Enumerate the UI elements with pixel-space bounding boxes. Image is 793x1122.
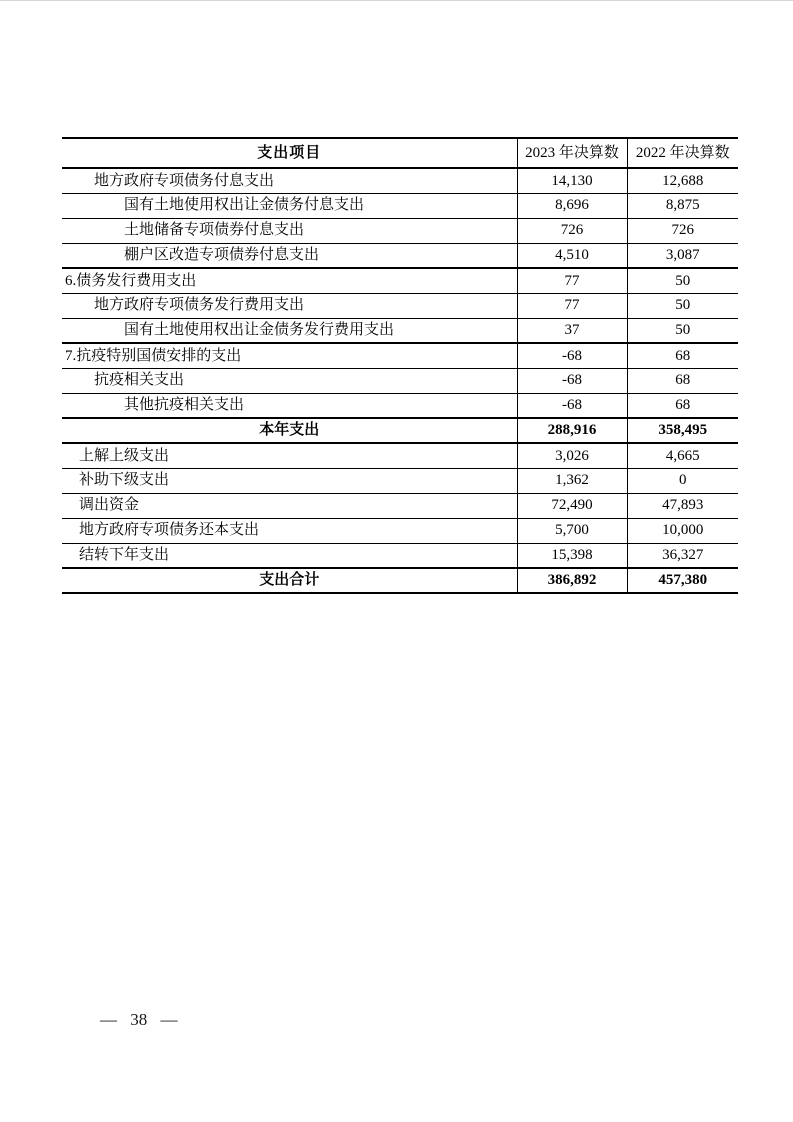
value-2023: 3,026 <box>517 443 627 468</box>
table-row: 补助下级支出1,3620 <box>62 468 738 493</box>
value-2022: 726 <box>627 218 738 243</box>
table-row: 其他抗疫相关支出-6868 <box>62 393 738 418</box>
table-row: 调出资金72,49047,893 <box>62 493 738 518</box>
expenditure-item-label: 6.债务发行费用支出 <box>62 268 517 293</box>
value-2022: 3,087 <box>627 243 738 268</box>
document-page: 支出项目 2023 年决算数 2022 年决算数 地方政府专项债务付息支出14,… <box>0 0 793 1122</box>
value-2022: 68 <box>627 368 738 393</box>
column-header-2023-final-accounts: 2023 年决算数 <box>517 138 627 168</box>
value-2023: 77 <box>517 293 627 318</box>
value-2023: 1,362 <box>517 468 627 493</box>
table-row: 地方政府专项债务付息支出14,13012,688 <box>62 168 738 193</box>
value-2023: 15,398 <box>517 543 627 568</box>
value-2022: 457,380 <box>627 568 738 593</box>
expenditure-table: 支出项目 2023 年决算数 2022 年决算数 地方政府专项债务付息支出14,… <box>62 137 738 594</box>
value-2022: 36,327 <box>627 543 738 568</box>
value-2023: 4,510 <box>517 243 627 268</box>
value-2022: 0 <box>627 468 738 493</box>
value-2022: 47,893 <box>627 493 738 518</box>
value-2022: 10,000 <box>627 518 738 543</box>
expenditure-item-label: 棚户区改造专项债券付息支出 <box>62 243 517 268</box>
value-2023: -68 <box>517 368 627 393</box>
value-2023: 726 <box>517 218 627 243</box>
expenditure-item-label: 国有土地使用权出让金债务发行费用支出 <box>62 318 517 343</box>
value-2023: -68 <box>517 393 627 418</box>
expenditure-item-label: 上解上级支出 <box>62 443 517 468</box>
expenditure-item-label: 其他抗疫相关支出 <box>62 393 517 418</box>
table-row: 国有土地使用权出让金债务付息支出8,6968,875 <box>62 193 738 218</box>
table-row: 结转下年支出15,39836,327 <box>62 543 738 568</box>
table-header-row: 支出项目 2023 年决算数 2022 年决算数 <box>62 138 738 168</box>
value-2023: -68 <box>517 343 627 368</box>
value-2022: 50 <box>627 268 738 293</box>
expenditure-item-label: 支出合计 <box>62 568 517 593</box>
expenditure-item-label: 地方政府专项债务付息支出 <box>62 168 517 193</box>
value-2023: 14,130 <box>517 168 627 193</box>
column-header-2022-final-accounts: 2022 年决算数 <box>627 138 738 168</box>
table-row: 6.债务发行费用支出7750 <box>62 268 738 293</box>
page-number: — 38 — <box>100 1010 178 1030</box>
value-2023: 37 <box>517 318 627 343</box>
value-2022: 68 <box>627 393 738 418</box>
value-2023: 5,700 <box>517 518 627 543</box>
value-2022: 358,495 <box>627 418 738 443</box>
expenditure-item-label: 7.抗疫特别国债安排的支出 <box>62 343 517 368</box>
expenditure-item-label: 结转下年支出 <box>62 543 517 568</box>
page-top-edge <box>0 0 793 1</box>
table-row: 土地储备专项债券付息支出726726 <box>62 218 738 243</box>
expenditure-item-label: 地方政府专项债务发行费用支出 <box>62 293 517 318</box>
expenditure-item-label: 国有土地使用权出让金债务付息支出 <box>62 193 517 218</box>
table-body: 地方政府专项债务付息支出14,13012,688国有土地使用权出让金债务付息支出… <box>62 168 738 593</box>
value-2022: 50 <box>627 293 738 318</box>
table-row: 国有土地使用权出让金债务发行费用支出3750 <box>62 318 738 343</box>
value-2022: 4,665 <box>627 443 738 468</box>
expenditure-item-label: 补助下级支出 <box>62 468 517 493</box>
table-row: 上解上级支出3,0264,665 <box>62 443 738 468</box>
table-row: 棚户区改造专项债券付息支出4,5103,087 <box>62 243 738 268</box>
value-2023: 288,916 <box>517 418 627 443</box>
expenditure-item-label: 调出资金 <box>62 493 517 518</box>
column-header-expenditure-item: 支出项目 <box>62 138 517 168</box>
value-2022: 8,875 <box>627 193 738 218</box>
value-2023: 77 <box>517 268 627 293</box>
table-row: 本年支出288,916358,495 <box>62 418 738 443</box>
value-2022: 12,688 <box>627 168 738 193</box>
table-row: 抗疫相关支出-6868 <box>62 368 738 393</box>
table-row: 支出合计386,892457,380 <box>62 568 738 593</box>
expenditure-item-label: 本年支出 <box>62 418 517 443</box>
table-row: 地方政府专项债务发行费用支出7750 <box>62 293 738 318</box>
value-2023: 72,490 <box>517 493 627 518</box>
table-row: 地方政府专项债务还本支出5,70010,000 <box>62 518 738 543</box>
table-row: 7.抗疫特别国债安排的支出-6868 <box>62 343 738 368</box>
value-2022: 68 <box>627 343 738 368</box>
table-header: 支出项目 2023 年决算数 2022 年决算数 <box>62 138 738 168</box>
value-2023: 386,892 <box>517 568 627 593</box>
value-2023: 8,696 <box>517 193 627 218</box>
expenditure-item-label: 抗疫相关支出 <box>62 368 517 393</box>
expenditure-item-label: 地方政府专项债务还本支出 <box>62 518 517 543</box>
value-2022: 50 <box>627 318 738 343</box>
expenditure-item-label: 土地储备专项债券付息支出 <box>62 218 517 243</box>
